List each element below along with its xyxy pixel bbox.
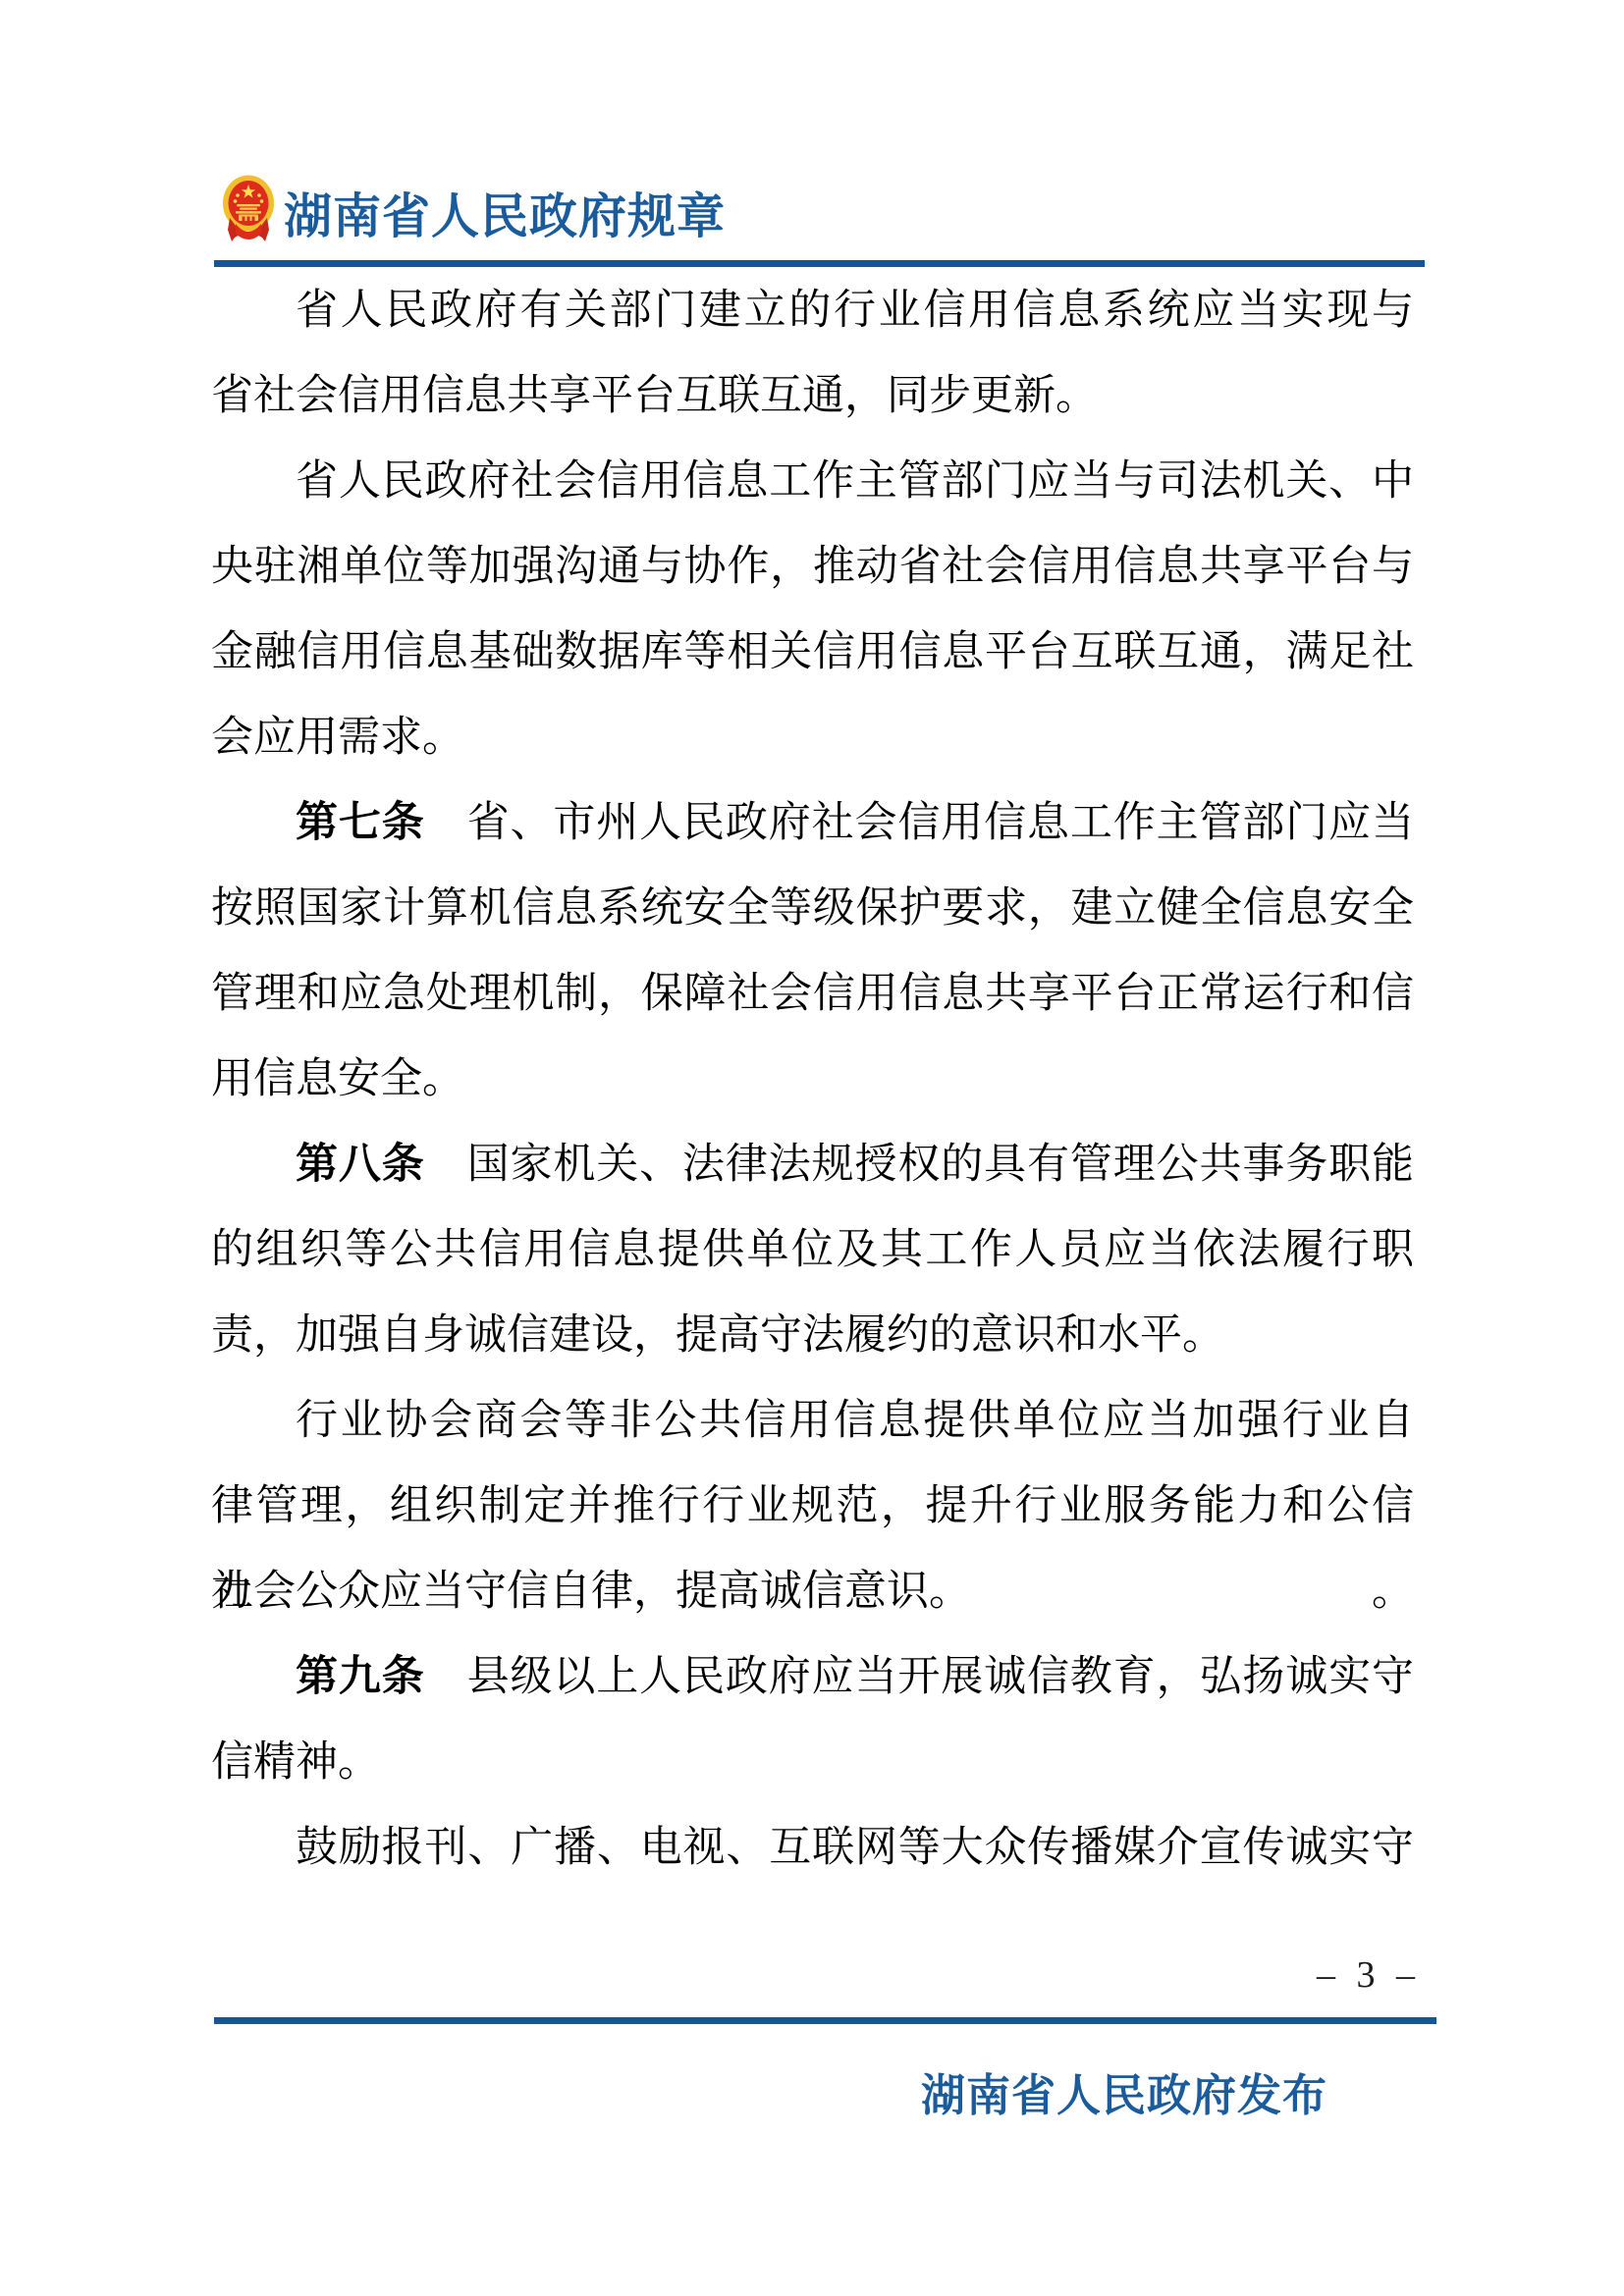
page-number: – 3 – bbox=[1317, 1953, 1421, 1997]
text-line: 用信息安全。 bbox=[211, 1037, 1414, 1122]
text-line: 第七条省、市州人民政府社会信用信息工作主管部门应当 bbox=[211, 780, 1414, 866]
page-title: 湖南省人民政府规章 bbox=[284, 187, 726, 246]
text-line: 行业协会商会等非公共信用信息提供单位应当加强行业自 bbox=[211, 1378, 1414, 1464]
text-line: 省人民政府社会信用信息工作主管部门应当与司法机关、中 bbox=[211, 439, 1414, 524]
footer-divider bbox=[214, 2017, 1436, 2024]
text-line: 信精神。 bbox=[211, 1720, 1414, 1805]
text-line: 省人民政府有关部门建立的行业信用信息系统应当实现与 bbox=[211, 268, 1414, 353]
text-line: 律管理，组织制定并推行行业规范，提升行业服务能力和公信力。 bbox=[211, 1464, 1414, 1549]
text-line: 管理和应急处理机制，保障社会信用信息共享平台正常运行和信 bbox=[211, 951, 1414, 1037]
text-line: 按照国家计算机信息系统安全等级保护要求，建立健全信息安全 bbox=[211, 866, 1414, 951]
document-body: 省人民政府有关部门建立的行业信用信息系统应当实现与省社会信用信息共享平台互联互通… bbox=[211, 268, 1414, 1891]
national-emblem-icon bbox=[222, 175, 275, 241]
header-divider bbox=[214, 260, 1425, 267]
article-number: 第九条 bbox=[296, 1654, 425, 1700]
text-line: 省社会信用信息共享平台互联互通，同步更新。 bbox=[211, 353, 1414, 439]
document-page: 湖南省人民政府规章 省人民政府有关部门建立的行业信用信息系统应当实现与省社会信用… bbox=[0, 0, 1624, 2296]
text-line: 央驻湘单位等加强沟通与协作，推动省社会信用信息共享平台与 bbox=[211, 524, 1414, 610]
article-number: 第八条 bbox=[296, 1142, 425, 1188]
article-number: 第七条 bbox=[296, 800, 425, 846]
text-line: 责，加强自身诚信建设，提高守法履约的意识和水平。 bbox=[211, 1293, 1414, 1378]
text-line: 金融信用信息基础数据库等相关信用信息平台互联互通，满足社 bbox=[211, 610, 1414, 695]
text-line: 第九条县级以上人民政府应当开展诚信教育，弘扬诚实守 bbox=[211, 1634, 1414, 1720]
text-line: 第八条国家机关、法律法规授权的具有管理公共事务职能 bbox=[211, 1122, 1414, 1207]
publisher-label: 湖南省人民政府发布 bbox=[921, 2059, 1327, 2123]
text-line: 的组织等公共信用信息提供单位及其工作人员应当依法履行职 bbox=[211, 1207, 1414, 1293]
text-line: 会应用需求。 bbox=[211, 695, 1414, 780]
document-header: 湖南省人民政府规章 bbox=[0, 0, 1624, 275]
text-line: 鼓励报刊、广播、电视、互联网等大众传播媒介宣传诚实守 bbox=[211, 1805, 1414, 1891]
